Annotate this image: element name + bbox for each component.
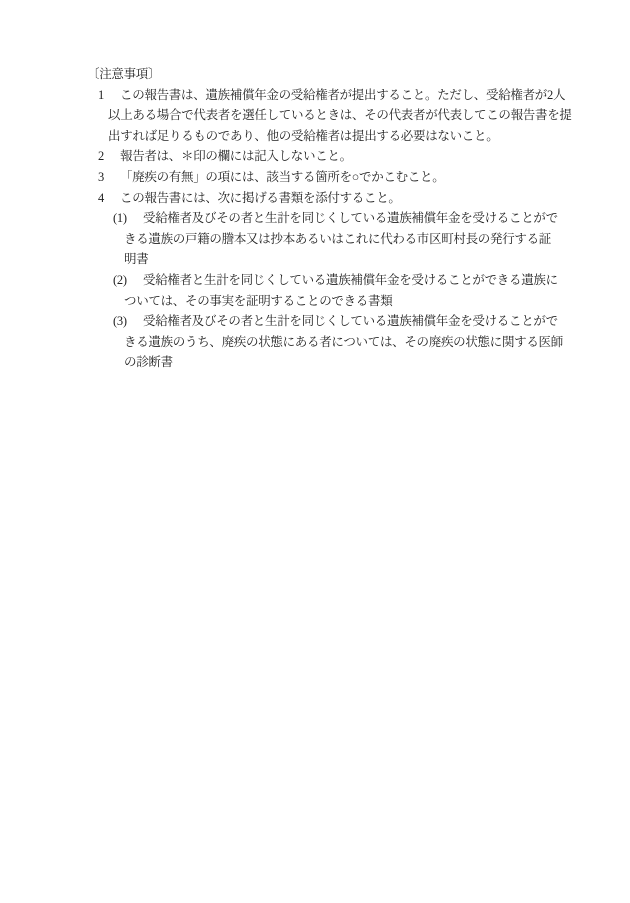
attachment-number: (1) — [113, 208, 143, 229]
attachment-item-2: (2)受給権者と生計を同じくしている遺族補償年金を受けることができる遺族に — [0, 270, 630, 291]
note-text-line: 「廃疾の有無」の項には、該当する箇所を○でかこむこと。 — [120, 170, 444, 184]
attachment-text-line: 明書 — [0, 249, 630, 270]
attachment-text-line: ついては、その事実を証明することのできる書類 — [0, 291, 630, 312]
note-text-line: 以上ある場合で代表者を選任しているときは、その代表者が代表してこの報告書を提 — [0, 105, 630, 126]
note-number: 2 — [98, 146, 120, 167]
attachment-item-1: (1)受給権者及びその者と生計を同じくしている遺族補償年金を受けることがで — [0, 208, 630, 229]
note-text-line: 出すれば足りるものであり、他の受給権者は提出する必要はないこと。 — [0, 126, 630, 147]
notes-section: 〔注意事項〕 1この報告書は、遺族補償年金の受給権者が提出すること。ただし、受給… — [0, 64, 630, 373]
note-item-4: 4この報告書には、次に掲げる書類を添付すること。 — [0, 188, 630, 209]
section-header-text: 〔注意事項〕 — [87, 67, 160, 81]
note-number: 3 — [98, 167, 120, 188]
note-text-line: この報告書には、次に掲げる書類を添付すること。 — [120, 191, 401, 205]
attachment-number: (2) — [113, 270, 143, 291]
note-item-1: 1この報告書は、遺族補償年金の受給権者が提出すること。ただし、受給権者が2人 — [0, 85, 630, 106]
attachment-text-line: 受給権者及びその者と生計を同じくしている遺族補償年金を受けることがで — [143, 314, 558, 328]
note-item-3: 3「廃疾の有無」の項には、該当する箇所を○でかこむこと。 — [0, 167, 630, 188]
note-item-2: 2報告者は、＊印の欄には記入しないこと。 — [0, 146, 630, 167]
note-number: 4 — [98, 188, 120, 209]
attachment-text-line: きる遺族の戸籍の謄本又は抄本あるいはこれに代わる市区町村長の発行する証 — [0, 229, 630, 250]
note-number: 1 — [98, 85, 120, 106]
attachment-text-line: きる遺族のうち、廃疾の状態にある者については、その廃疾の状態に関する医師 — [0, 332, 630, 353]
attachment-item-3: (3)受給権者及びその者と生計を同じくしている遺族補償年金を受けることがで — [0, 311, 630, 332]
section-header: 〔注意事項〕 — [0, 64, 630, 85]
attachment-number: (3) — [113, 311, 143, 332]
document-page: 〔注意事項〕 1この報告書は、遺族補償年金の受給権者が提出すること。ただし、受給… — [0, 0, 630, 903]
attachment-text-line: 受給権者と生計を同じくしている遺族補償年金を受けることができる遺族に — [143, 273, 558, 287]
attachment-text-line: 受給権者及びその者と生計を同じくしている遺族補償年金を受けることがで — [143, 211, 558, 225]
attachment-text-line: の診断書 — [0, 352, 630, 373]
note-text-line: この報告書は、遺族補償年金の受給権者が提出すること。ただし、受給権者が2人 — [120, 88, 565, 102]
note-text-line: 報告者は、＊印の欄には記入しないこと。 — [120, 149, 352, 163]
